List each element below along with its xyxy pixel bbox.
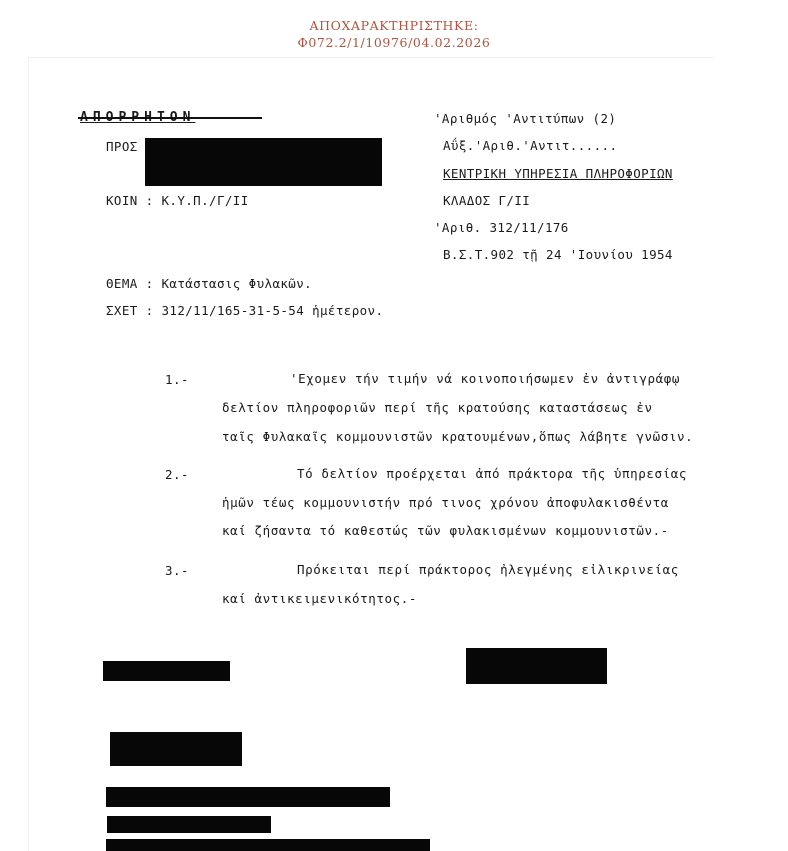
paragraph-number: 1.- <box>165 372 189 387</box>
branch: ΚΛΑΔΟΣ Γ/ΙΙ <box>443 193 530 208</box>
redaction-block <box>106 839 430 851</box>
redaction-recipient <box>145 138 382 186</box>
paragraph-line: καί ἀντικειμενικότητος.- <box>222 584 417 613</box>
paragraph-line: 'Εχομεν τήν τιμήν νά κοινοποιήσωμεν ἐν ἀ… <box>290 364 680 393</box>
redaction-block <box>106 787 390 807</box>
date-line: Β.Σ.Τ.902 τῇ 24 'Ιουνίου 1954 <box>443 247 673 262</box>
paragraph-line: ἡμῶν τέως κομμουνιστήν πρό τινος χρόνου … <box>222 488 669 517</box>
redaction-block <box>110 732 242 766</box>
classification-strikethrough <box>78 117 262 119</box>
serial-number: Αΰξ.'Αριθ.'Αντιτ...... <box>443 138 617 153</box>
redaction-signature-right <box>466 648 607 684</box>
reference-line: ΣΧΕΤ : 312/11/165-31-5-54 ἡμέτερον. <box>106 303 383 318</box>
reference-number: 'Αριθ. 312/11/176 <box>434 220 569 235</box>
paragraph-line: ταῖς Φυλακαῖς κομμουνιστῶν κρατουμένων,ὅ… <box>222 422 693 451</box>
paragraph-line: Πρόκειται περί πράκτορος ἠλεγμένης εἰλικ… <box>297 555 679 584</box>
paragraph-number: 3.- <box>165 563 189 578</box>
paragraph-line: καί ζήσαντα τό καθεστώς τῶν φυλακισμένων… <box>222 516 669 545</box>
agency-name: ΚΕΝΤΡΙΚΗ ΥΠΗΡΕΣΙΑ ΠΛΗΡΟΦΟΡΙΩΝ <box>443 166 673 181</box>
redaction-signature-left <box>103 661 230 681</box>
paragraph-line: Τό δελτίον προέρχεται ἀπό πράκτορα τῆς ὑ… <box>297 459 687 488</box>
paragraph-line: δελτίον πληροφοριῶν περί τῆς κρατούσης κ… <box>222 393 653 422</box>
copy-number: 'Αριθμός 'Αντιτύπων (2) <box>434 111 616 126</box>
redaction-block <box>107 816 271 833</box>
paragraph-number: 2.- <box>165 467 189 482</box>
cc-line: ΚΟΙΝ : Κ.Υ.Π./Γ/ΙΙ <box>106 193 249 208</box>
declassification-stamp-number: Φ072.2/1/10976/04.02.2026 <box>0 35 788 51</box>
subject-line: ΘΕΜΑ : Κατάστασις Φυλακῶν. <box>106 276 312 291</box>
to-label: ΠΡΟΣ <box>106 139 138 154</box>
declassification-stamp-label: ΑΠΟΧΑΡΑΚΤΗΡΙΣΤΗΚΕ: <box>0 18 788 34</box>
